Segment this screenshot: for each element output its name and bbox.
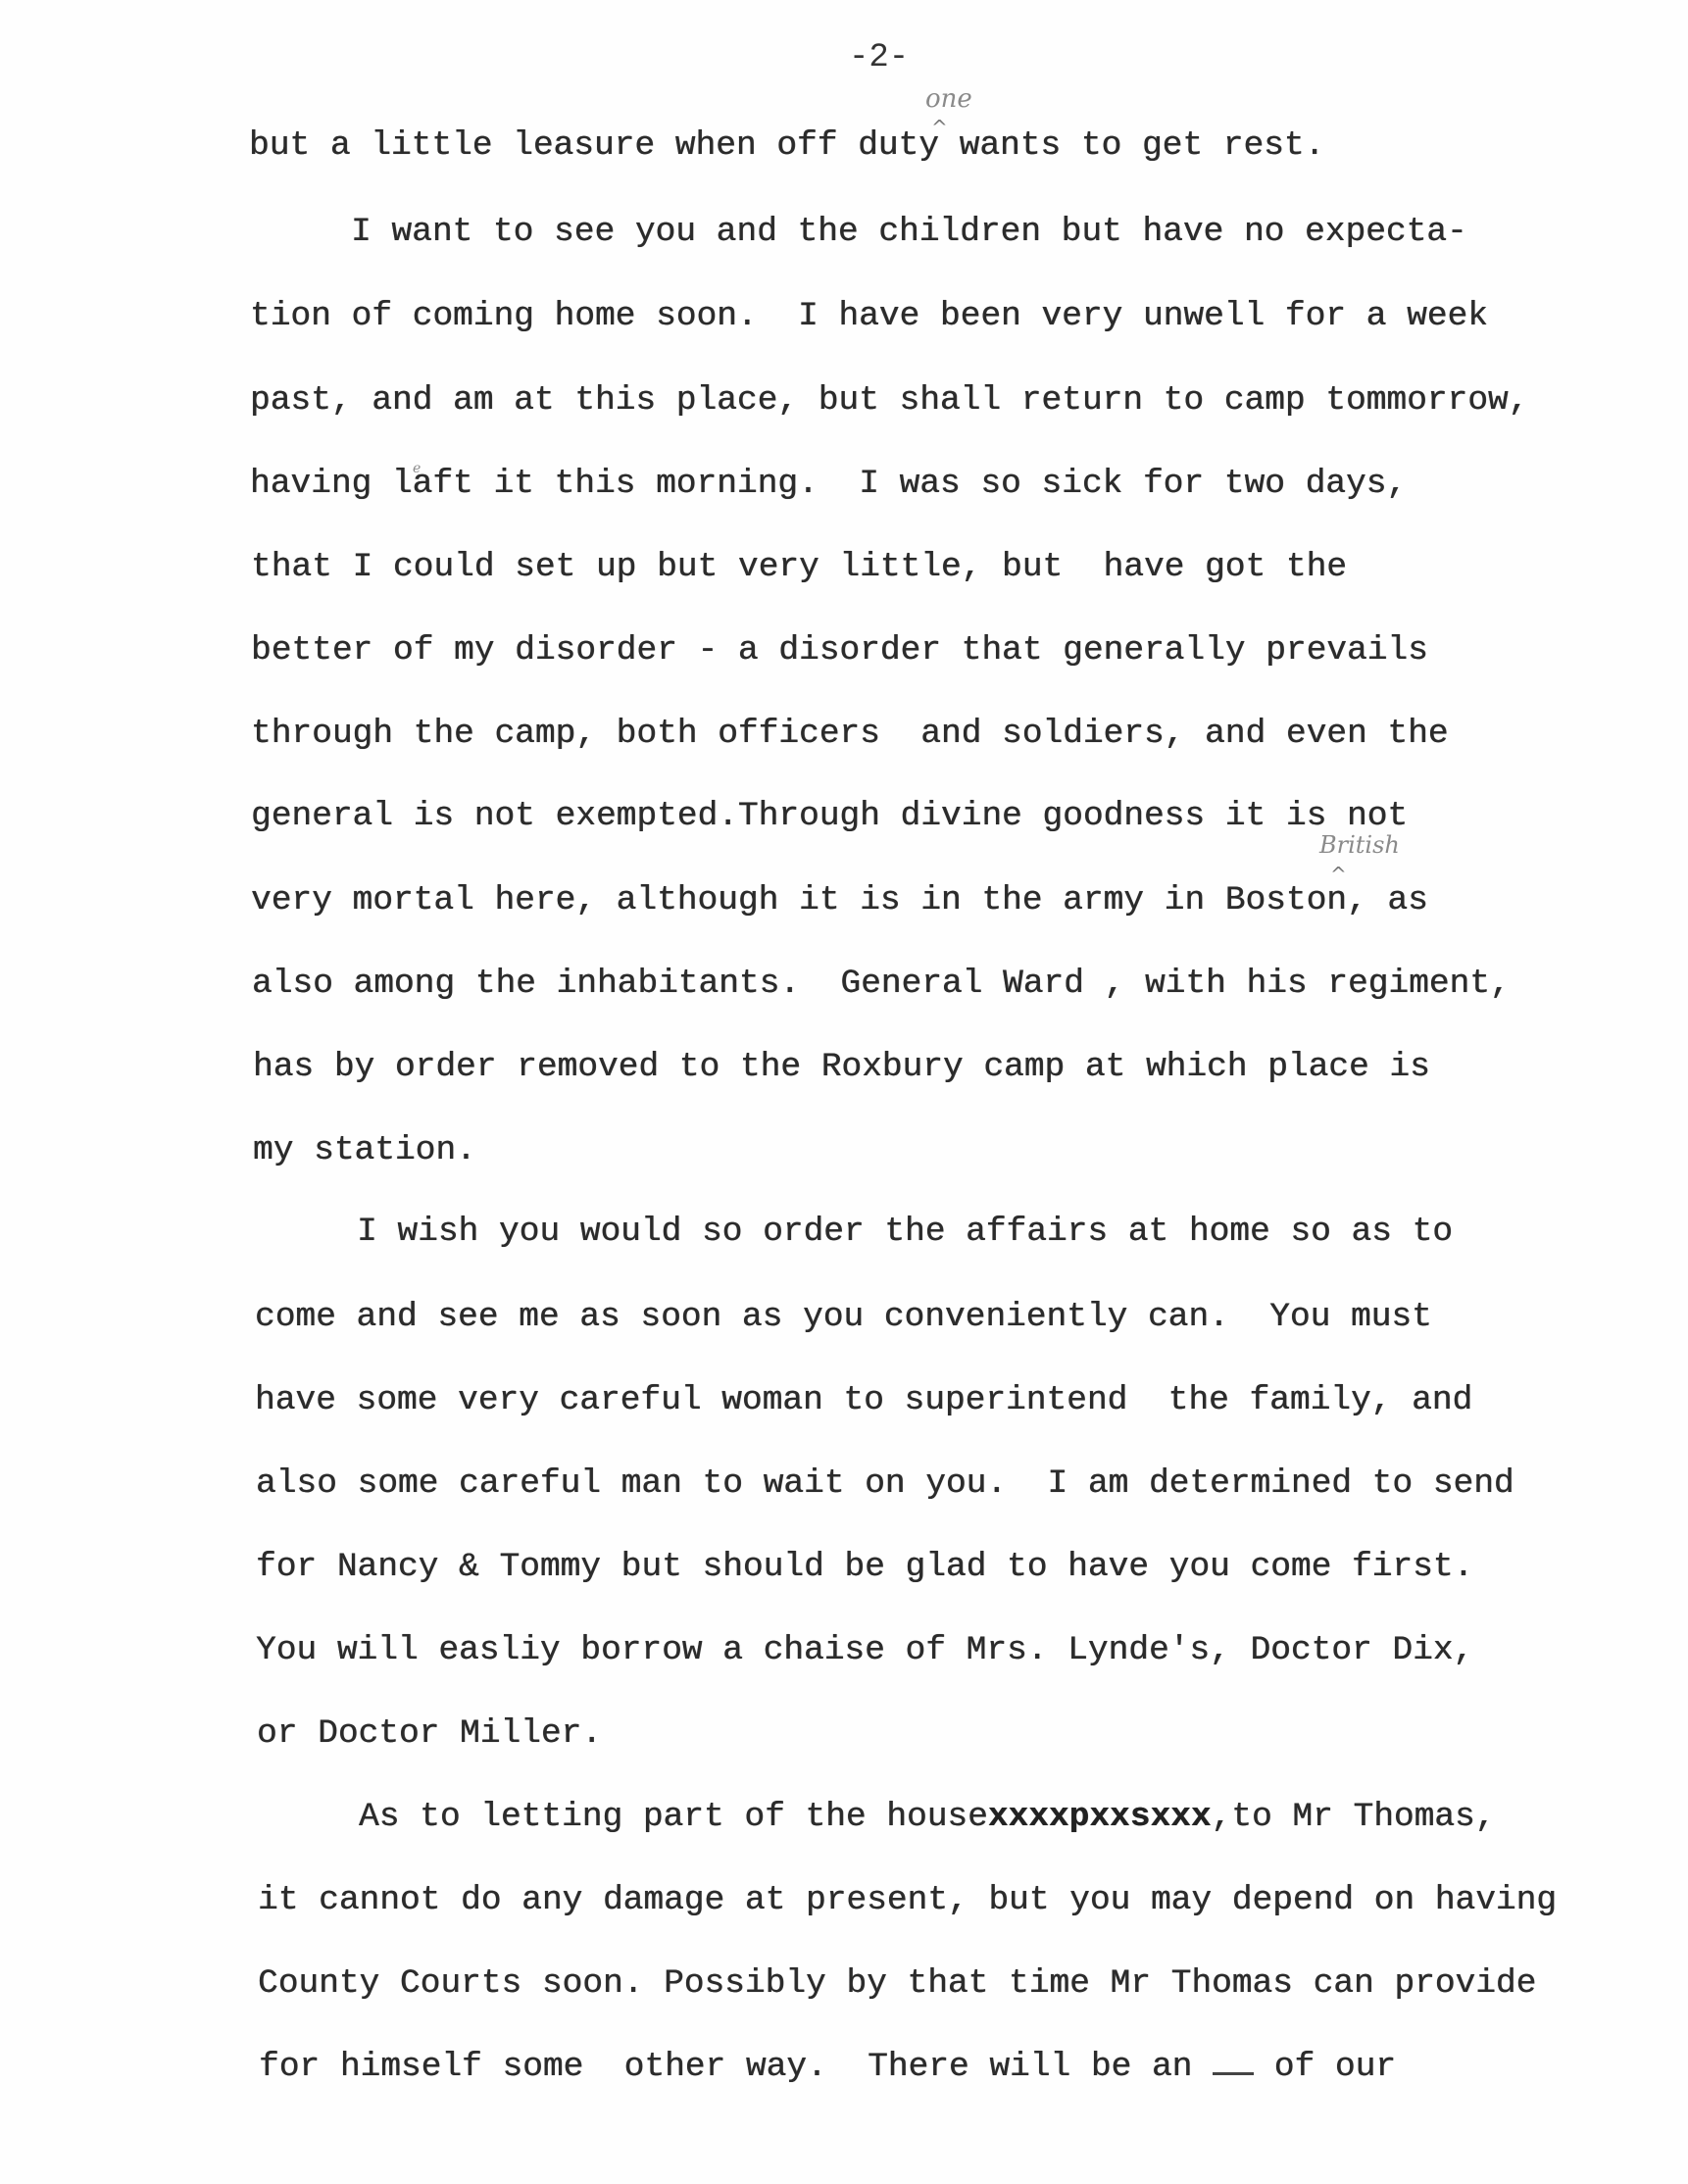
text-line: my station. — [253, 1134, 476, 1167]
text-line: but a little leasure when off duty wants… — [249, 129, 1324, 163]
text-line: You will easliy borrow a chaise of Mrs. … — [256, 1634, 1473, 1667]
page-number: -2- — [849, 41, 909, 74]
text-segment: ,to Mr Thomas, — [1212, 1798, 1496, 1836]
text-line: general is not exempted.Through divine g… — [251, 800, 1408, 833]
text-line: or Doctor Miller. — [257, 1717, 602, 1751]
text-line: As to letting part of the housexxxxpxxsx… — [359, 1801, 1495, 1834]
text-line: through the camp, both officers and sold… — [251, 718, 1449, 751]
text-line: also some careful man to wait on you. I … — [256, 1467, 1514, 1501]
handwritten-insertion-one: one — [925, 84, 972, 114]
text-line: having laft it this morning. I was so si… — [250, 468, 1407, 501]
text-line: come and see me as soon as you convenien… — [255, 1301, 1432, 1334]
text-line: for himself some other way. There will b… — [259, 2051, 1396, 2084]
text-line: for Nancy & Tommy but should be glad to … — [256, 1551, 1473, 1584]
text-line: I want to see you and the children but h… — [351, 216, 1467, 249]
text-segment: As to letting part of the house — [359, 1798, 988, 1836]
document-page: -2- one ^ but a little leasure when off … — [0, 0, 1688, 2184]
text-line: past, and am at this place, but shall re… — [250, 384, 1528, 418]
text-line: also among the inhabitants. General Ward… — [252, 968, 1511, 1001]
text-segment: of our — [1254, 2048, 1396, 2086]
text-line: better of my disorder - a disorder that … — [251, 634, 1428, 668]
struck-out-text: xxxxpxxsxxx — [988, 1798, 1212, 1836]
handwritten-insertion-british: British — [1319, 831, 1400, 859]
blank-underline — [1213, 2051, 1254, 2075]
text-line: I wish you would so order the affairs at… — [357, 1216, 1453, 1249]
text-line: it cannot do any damage at present, but … — [258, 1884, 1557, 1917]
text-line: County Courts soon. Possibly by that tim… — [258, 1967, 1536, 2001]
text-line: that I could set up but very little, but… — [251, 551, 1347, 584]
text-line: tion of coming home soon. I have been ve… — [250, 300, 1488, 333]
text-line: has by order removed to the Roxbury camp… — [253, 1051, 1430, 1084]
text-line: very mortal here, although it is in the … — [251, 884, 1428, 918]
text-segment: for himself some other way. There will b… — [259, 2048, 1192, 2086]
text-line: have some very careful woman to superint… — [255, 1384, 1472, 1417]
